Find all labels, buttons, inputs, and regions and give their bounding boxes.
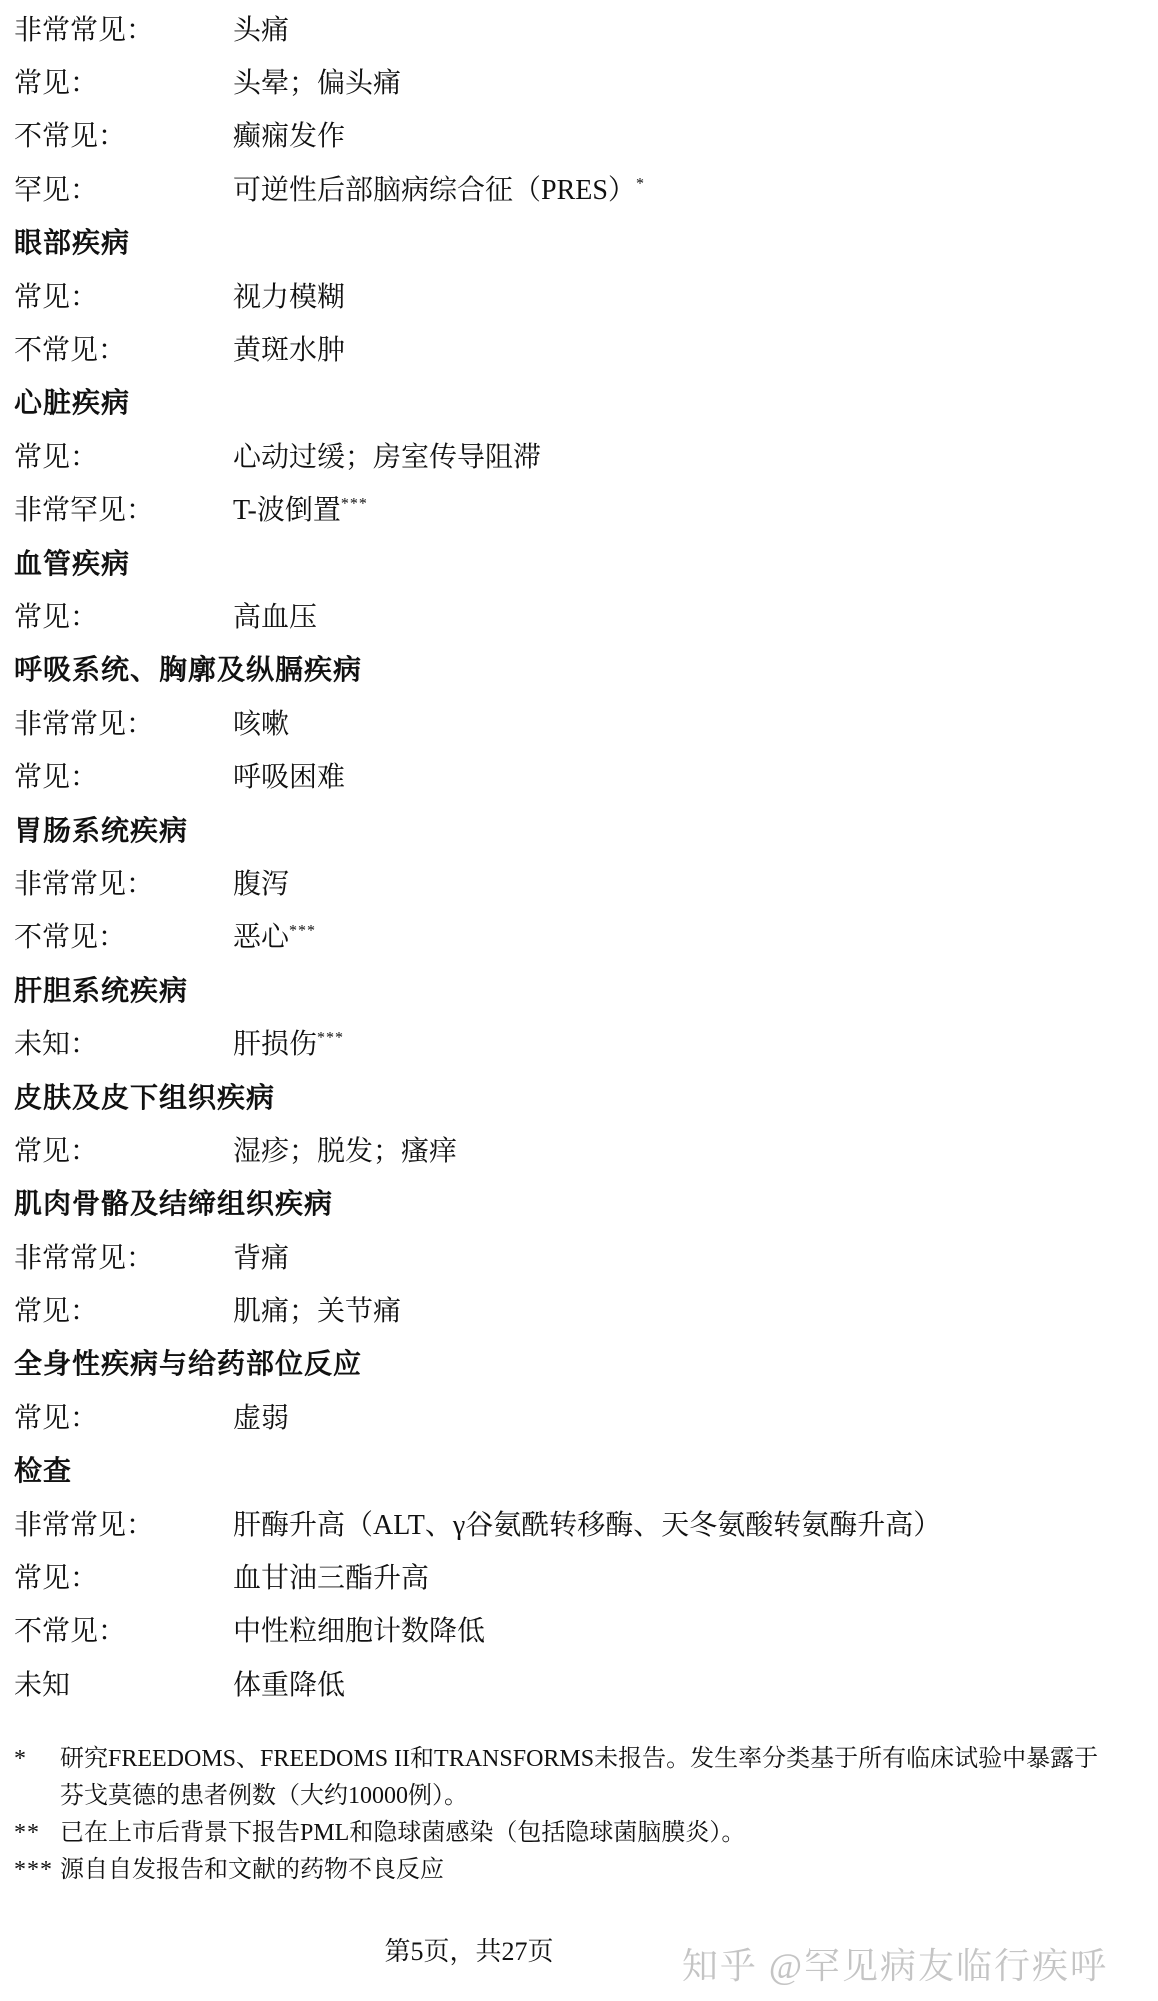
footnote-text: 源自自发报告和文献的药物不良反应 xyxy=(60,1852,1120,1889)
frequency-term: 非常罕见： xyxy=(14,497,233,525)
frequency-term: 常见： xyxy=(14,764,233,792)
frequency-term: 常见： xyxy=(14,70,233,98)
frequency-entry-row: 不常见：中性粒细胞计数降低 xyxy=(14,1606,1138,1659)
frequency-entry-row: 不常见：黄斑水肿 xyxy=(14,324,1138,377)
frequency-term: 常见： xyxy=(14,444,233,472)
reaction-description: 恶心*** xyxy=(233,924,316,952)
section-header-row: 眼部疾病 xyxy=(14,218,1138,271)
frequency-term: 常见： xyxy=(14,1138,233,1166)
footnote: *研究FREEDOMS、FREEDOMS II和TRANSFORMS未报告。发生… xyxy=(14,1741,1138,1815)
section-header-row: 检查 xyxy=(14,1446,1138,1499)
section-header-label: 皮肤及皮下组织疾病 xyxy=(14,1085,275,1113)
frequency-entry-row: 常见：头晕；偏头痛 xyxy=(14,57,1138,110)
section-header-row: 皮肤及皮下组织疾病 xyxy=(14,1072,1138,1125)
frequency-entry-row: 常见：湿疹；脱发；瘙痒 xyxy=(14,1125,1138,1178)
frequency-entry-row: 常见：视力模糊 xyxy=(14,271,1138,324)
frequency-entry-row: 非常常见：背痛 xyxy=(14,1232,1138,1285)
footnote: ***源自自发报告和文献的药物不良反应 xyxy=(14,1852,1138,1889)
section-header-row: 肌肉骨骼及结缔组织疾病 xyxy=(14,1179,1138,1232)
reaction-description: 腹泻 xyxy=(233,871,289,899)
section-header-label: 全身性疾病与给药部位反应 xyxy=(14,1351,362,1379)
frequency-term: 常见： xyxy=(14,284,233,312)
frequency-term: 非常常见： xyxy=(14,17,233,45)
frequency-entry-row: 不常见：癫痫发作 xyxy=(14,111,1138,164)
frequency-entry-row: 罕见：可逆性后部脑病综合征（PRES）* xyxy=(14,164,1138,217)
footnote: **已在上市后背景下报告PML和隐球菌感染（包括隐球菌脑膜炎）。 xyxy=(14,1815,1138,1852)
frequency-entry-row: 未知体重降低 xyxy=(14,1659,1138,1712)
frequency-term: 常见： xyxy=(14,1405,233,1433)
section-header-row: 全身性疾病与给药部位反应 xyxy=(14,1339,1138,1392)
reaction-description: 高血压 xyxy=(233,604,317,632)
reaction-description: 体重降低 xyxy=(233,1672,345,1700)
frequency-entry-row: 非常常见：腹泻 xyxy=(14,858,1138,911)
section-header-row: 肝胆系统疾病 xyxy=(14,965,1138,1018)
reaction-description: 肌痛；关节痛 xyxy=(233,1298,401,1326)
frequency-entry-row: 常见：虚弱 xyxy=(14,1392,1138,1445)
frequency-term: 不常见： xyxy=(14,1618,233,1646)
frequency-entry-row: 常见：肌痛；关节痛 xyxy=(14,1285,1138,1338)
frequency-term: 不常见： xyxy=(14,123,233,151)
footnote-marker: ** xyxy=(14,1815,60,1852)
section-header-label: 肝胆系统疾病 xyxy=(14,978,188,1006)
reaction-description: 头晕；偏头痛 xyxy=(233,70,401,98)
frequency-entry-row: 常见：血甘油三酯升高 xyxy=(14,1552,1138,1605)
frequency-entry-row: 常见：呼吸困难 xyxy=(14,751,1138,804)
footnote-reference-marker: * xyxy=(636,176,645,193)
section-header-row: 胃肠系统疾病 xyxy=(14,805,1138,858)
footnote-text: 已在上市后背景下报告PML和隐球菌感染（包括隐球菌脑膜炎）。 xyxy=(60,1815,1120,1852)
reaction-description: 心动过缓；房室传导阻滞 xyxy=(233,444,541,472)
section-header-label: 肌肉骨骼及结缔组织疾病 xyxy=(14,1191,333,1219)
frequency-entry-row: 未知：肝损伤*** xyxy=(14,1018,1138,1071)
reaction-description: 背痛 xyxy=(233,1245,289,1273)
footnote-marker: * xyxy=(14,1741,60,1815)
document-page: 非常常见：头痛常见：头晕；偏头痛不常见：癫痫发作罕见：可逆性后部脑病综合征（PR… xyxy=(0,0,1158,2001)
section-header-label: 眼部疾病 xyxy=(14,230,130,258)
frequency-term: 非常常见： xyxy=(14,1512,233,1540)
frequency-entry-row: 不常见：恶心*** xyxy=(14,912,1138,965)
frequency-entry-row: 常见：高血压 xyxy=(14,591,1138,644)
frequency-term: 不常见： xyxy=(14,924,233,952)
reaction-description: T-波倒置*** xyxy=(233,497,368,525)
footnote-marker: *** xyxy=(14,1852,60,1889)
footnotes-section: *研究FREEDOMS、FREEDOMS II和TRANSFORMS未报告。发生… xyxy=(14,1741,1138,1889)
section-header-row: 呼吸系统、胸廓及纵膈疾病 xyxy=(14,645,1138,698)
frequency-term: 非常常见： xyxy=(14,871,233,899)
footnote-text: 研究FREEDOMS、FREEDOMS II和TRANSFORMS未报告。发生率… xyxy=(60,1741,1120,1815)
reaction-description: 呼吸困难 xyxy=(233,764,345,792)
section-header-label: 检查 xyxy=(14,1458,72,1486)
frequency-term: 罕见： xyxy=(14,177,233,205)
frequency-term: 非常常见： xyxy=(14,1245,233,1273)
frequency-entry-row: 非常罕见：T-波倒置*** xyxy=(14,485,1138,538)
reaction-description: 肝损伤*** xyxy=(233,1031,344,1059)
reaction-description: 黄斑水肿 xyxy=(233,337,345,365)
footnote-reference-marker: *** xyxy=(341,496,368,513)
frequency-term: 常见： xyxy=(14,604,233,632)
section-header-row: 血管疾病 xyxy=(14,538,1138,591)
watermark: 知乎 @罕见病友临行疾呼 xyxy=(682,1938,1108,1989)
frequency-entry-row: 常见：心动过缓；房室传导阻滞 xyxy=(14,431,1138,484)
frequency-entry-row: 非常常见：肝酶升高（ALT、γ谷氨酰转移酶、天冬氨酸转氨酶升高） xyxy=(14,1499,1138,1552)
frequency-term: 不常见： xyxy=(14,337,233,365)
section-header-label: 呼吸系统、胸廓及纵膈疾病 xyxy=(14,657,362,685)
frequency-term: 未知 xyxy=(14,1672,233,1700)
section-header-row: 心脏疾病 xyxy=(14,378,1138,431)
footnote-reference-marker: *** xyxy=(289,923,316,940)
page-indicator: 第5页，共27页 xyxy=(384,1937,553,1966)
reaction-description: 可逆性后部脑病综合征（PRES）* xyxy=(233,177,645,205)
frequency-term: 常见： xyxy=(14,1298,233,1326)
reaction-description: 中性粒细胞计数降低 xyxy=(233,1618,485,1646)
reaction-description: 咳嗽 xyxy=(233,711,289,739)
reaction-description: 癫痫发作 xyxy=(233,123,345,151)
adverse-reactions-list: 非常常见：头痛常见：头晕；偏头痛不常见：癫痫发作罕见：可逆性后部脑病综合征（PR… xyxy=(14,4,1138,1713)
footnote-reference-marker: *** xyxy=(317,1030,344,1047)
reaction-description: 湿疹；脱发；瘙痒 xyxy=(233,1138,457,1166)
frequency-term: 未知： xyxy=(14,1031,233,1059)
reaction-description: 虚弱 xyxy=(233,1405,289,1433)
reaction-description: 血甘油三酯升高 xyxy=(233,1565,429,1593)
section-header-label: 胃肠系统疾病 xyxy=(14,818,188,846)
frequency-entry-row: 非常常见：头痛 xyxy=(14,4,1138,57)
frequency-entry-row: 非常常见：咳嗽 xyxy=(14,698,1138,751)
frequency-term: 常见： xyxy=(14,1565,233,1593)
reaction-description: 肝酶升高（ALT、γ谷氨酰转移酶、天冬氨酸转氨酶升高） xyxy=(233,1512,941,1540)
section-header-label: 血管疾病 xyxy=(14,551,130,579)
frequency-term: 非常常见： xyxy=(14,711,233,739)
section-header-label: 心脏疾病 xyxy=(14,390,130,418)
reaction-description: 头痛 xyxy=(233,17,289,45)
reaction-description: 视力模糊 xyxy=(233,284,345,312)
